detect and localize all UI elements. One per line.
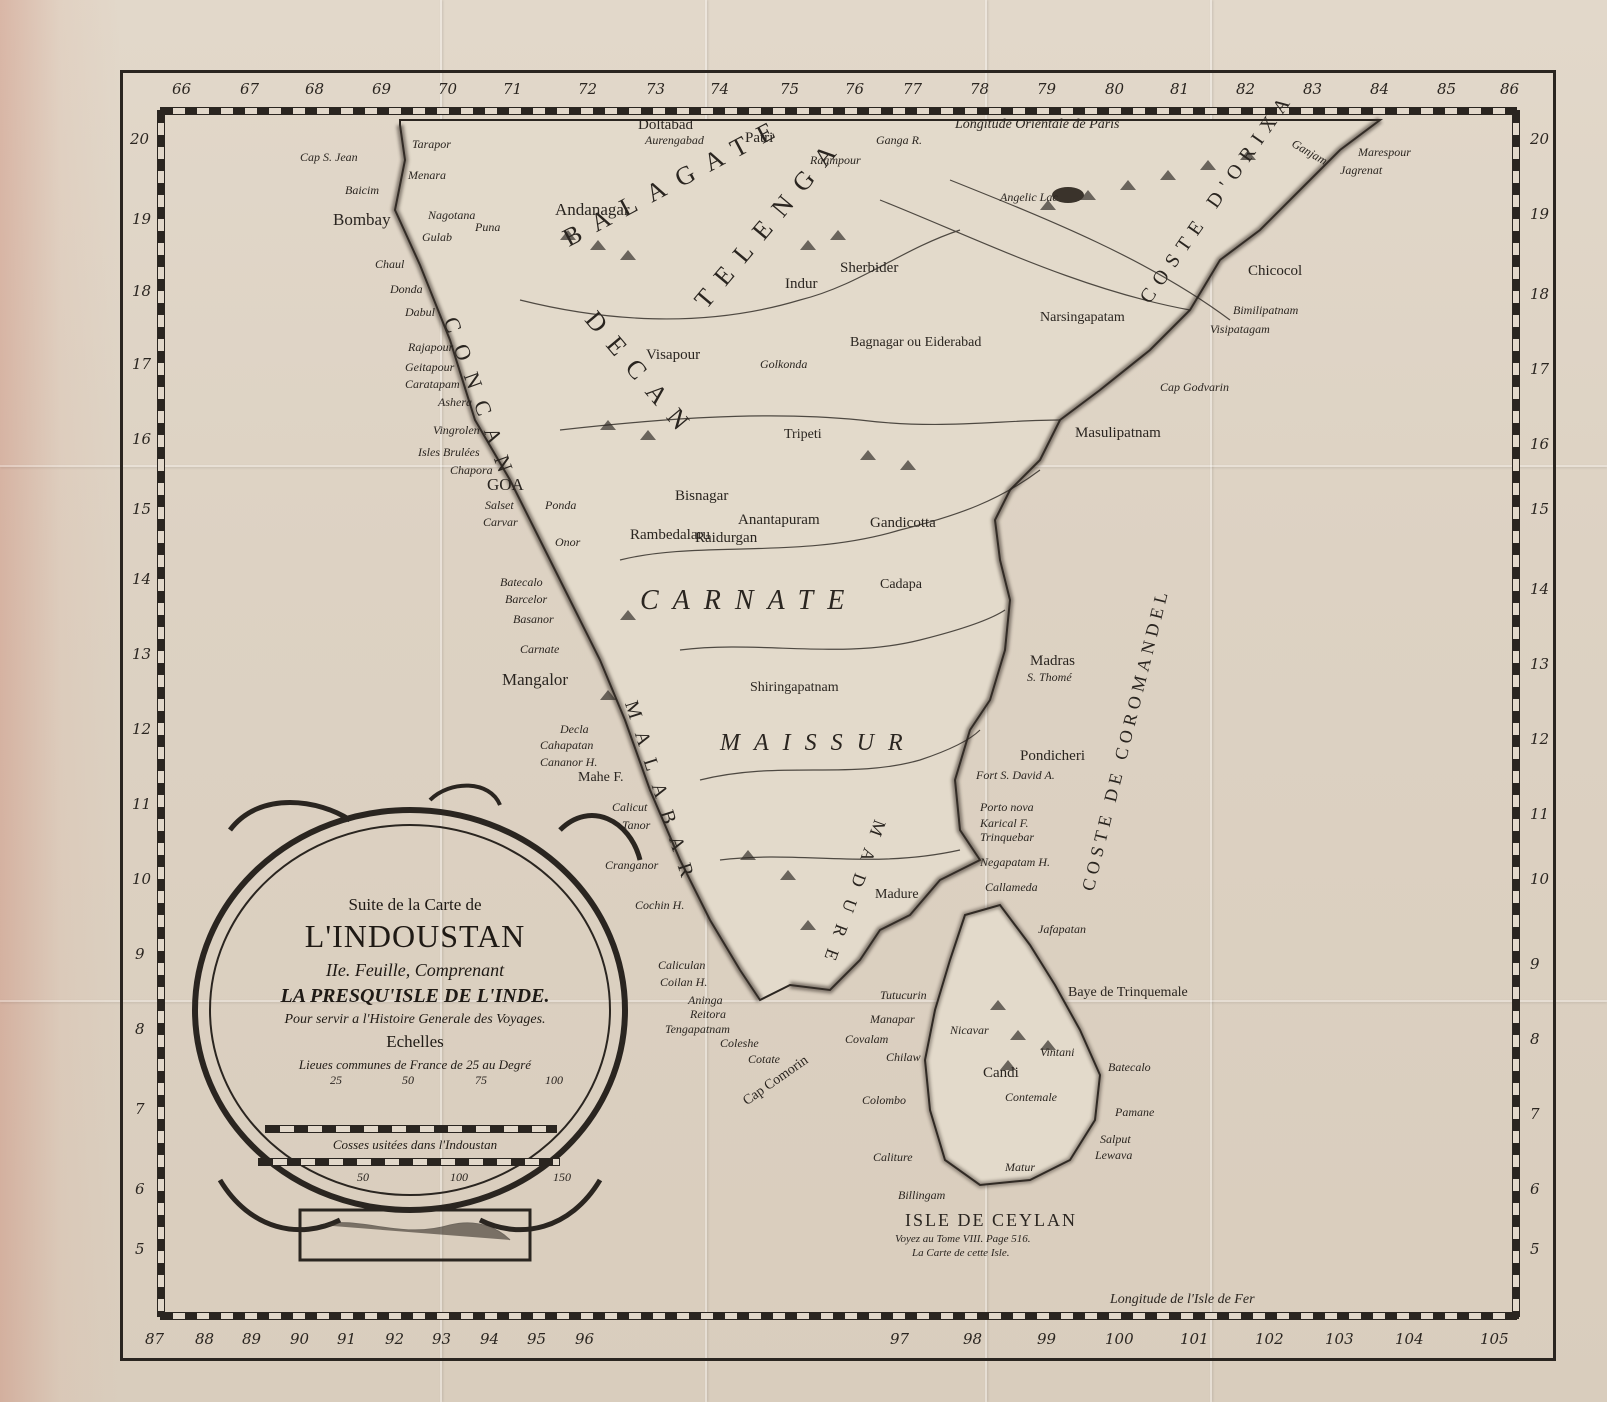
place-negapatam: Negapatam H. [980,855,1050,870]
place-bagnagar: Bagnagar ou Eiderabad [850,335,981,351]
place-barcelor: Barcelor [505,592,547,607]
place-andanagar: Andanagar [555,200,630,220]
place-nicavar: Nicavar [950,1023,989,1038]
scale-tick: 75 [475,1073,487,1088]
place-anantapuram: Anantapuram [738,512,820,529]
place-caliture: Caliture [873,1150,913,1165]
place-caratapam: Caratapam [405,377,460,392]
scale2-bar [258,1158,560,1166]
place-jafapatan: Jafapatan [1038,922,1086,937]
place-chaul: Chaul [375,257,404,272]
place-bimilipatnam: Bimilipatnam [1233,303,1298,318]
place-isles-brulees: Isles Brulées [418,445,480,460]
place-batecalo-west: Batecalo [500,575,543,590]
place-madure: Madure [875,887,919,903]
scale-tick: 100 [545,1073,563,1088]
place-dabul: Dabul [405,305,435,320]
place-vingrolen: Vingrolen [433,423,480,438]
place-contemale: Contemale [1005,1090,1057,1105]
place-madras: Madras [1030,653,1075,670]
place-trinquebar: Trinquebar [980,830,1034,845]
place-baye-trinquemale: Baye de Trinquemale [1068,985,1188,1001]
place-aurengabad: Aurengabad [645,133,704,148]
place-narsingapatam: Narsingapatam [1040,310,1125,326]
scale1-bar [265,1125,557,1133]
place-salput: Salput [1100,1132,1131,1147]
place-cahapatan: Cahapatan [540,738,593,753]
region-carnate: CARNATE [640,585,858,617]
place-matur: Matur [1005,1160,1035,1175]
place-cranganor: Cranganor [605,858,658,873]
place-gulab: Gulab [422,230,452,245]
place-golkonda: Golkonda [760,357,807,372]
place-bisnagar: Bisnagar [675,488,728,505]
place-bombay: Bombay [333,210,391,230]
scale-tick: 25 [330,1073,342,1088]
place-callameda: Callameda [985,880,1038,895]
place-puna: Puna [475,220,500,235]
place-ashera: Ashera [438,395,472,410]
place-calicut: Calicut [612,800,647,815]
place-vintani: Vintani [1040,1045,1074,1060]
place-menara: Menara [408,168,446,183]
place-fort-s-david: Fort S. David A. [976,768,1055,783]
place-mahe: Mahe F. [578,770,624,786]
place-cotate: Cotate [748,1052,780,1067]
place-candi: Candi [983,1065,1019,1082]
top-axis-title: Longitude Orientale de Paris [955,117,1120,133]
place-rajapour: Rajapour [408,340,453,355]
place-tarapor: Tarapor [412,137,451,152]
cartouche-line5: Pour servir a l'Histoire Generale des Vo… [205,1012,625,1028]
place-angelic-lac: Angelic Lac [1000,190,1058,205]
scale2-label: Cosses usitées dans l'Indoustan [205,1137,625,1153]
place-cochin: Cochin H. [635,898,684,913]
place-chilaw: Chilaw [886,1050,921,1065]
place-cap-godvarin: Cap Godvarin [1160,380,1229,395]
place-coilan: Coilan H. [660,975,707,990]
place-indur: Indur [785,276,818,293]
cartouche-line4: LA PRESQU'ISLE DE L'INDE. [205,985,625,1008]
ceylan-note1: Voyez au Tome VIII. Page 516. [895,1233,1031,1245]
place-pondicheri: Pondicheri [1020,748,1085,765]
place-colombo: Colombo [862,1093,906,1108]
scale-tick: 150 [553,1170,571,1185]
place-raampour: Raampour [810,153,861,168]
place-shiringapatnam: Shiringapatnam [750,680,839,696]
place-ponda: Ponda [545,498,576,513]
place-coleshe: Coleshe [720,1036,759,1051]
place-porto-nova: Porto nova [980,800,1034,815]
place-cap-s-jean: Cap S. Jean [300,150,358,165]
scale-tick: 100 [450,1170,468,1185]
place-s-thome: S. Thomé [1027,670,1072,685]
place-tanor: Tanor [622,818,650,833]
place-lewava: Lewava [1095,1148,1132,1163]
cartouche-title: L'INDOUSTAN [205,918,625,955]
place-visapour: Visapour [646,347,700,364]
place-doltabad: Doltabad [638,117,693,134]
place-geitapour: Geitapour [405,360,454,375]
place-jagrenat: Jagrenat [1340,163,1382,178]
place-tripeti: Tripeti [784,427,822,443]
region-maissur: MAISSUR [720,730,917,757]
place-donda: Donda [390,282,423,297]
place-carnate: Carnate [520,642,559,657]
place-pamane: Pamane [1115,1105,1154,1120]
place-karical: Karical F. [980,816,1028,831]
scale-tick: 50 [402,1073,414,1088]
place-carvar: Carvar [483,515,518,530]
place-covalam: Covalam [845,1032,888,1047]
place-sherbider: Sherbider [840,260,898,277]
place-reitora: Reitora [690,1007,726,1022]
map-drawing [0,0,1607,1402]
place-decla: Decla [560,722,589,737]
place-ganga-river: Ganga R. [876,133,922,148]
place-batecalo: Batecalo [1108,1060,1151,1075]
place-aninga: Aninga [688,993,723,1008]
place-chicocol: Chicocol [1248,263,1302,280]
cartouche-line3: IIe. Feuille, Comprenant [205,960,625,981]
place-cadapa: Cadapa [880,577,922,593]
place-salset: Salset [485,498,514,513]
place-masulipatnam: Masulipatnam [1075,425,1161,442]
place-marespour: Marespour [1358,145,1411,160]
place-billingam: Billingam [898,1188,945,1203]
place-tengapatnam: Tengapatnam [665,1022,730,1037]
scale1-label: Lieues communes de France de 25 au Degré [205,1057,625,1073]
place-onor: Onor [555,535,580,550]
place-mangalor: Mangalor [502,670,568,690]
place-patri: Patri [745,130,773,147]
place-gandicotta: Gandicotta [870,515,936,532]
ceylan-note2: La Carte de cette Isle. [912,1247,1009,1259]
place-rambedalaru: Rambedalaru [630,527,710,544]
region-ceylan: ISLE DE CEYLAN [905,1210,1077,1231]
place-tutucurin: Tutucurin [880,988,927,1003]
place-manapar: Manapar [870,1012,915,1027]
place-baicim: Baicim [345,183,379,198]
place-cananor: Cananor H. [540,755,597,770]
place-nagotana: Nagotana [428,208,475,223]
place-basanor: Basanor [513,612,554,627]
cartouche-line1: Suite de la Carte de [205,895,625,915]
place-caliculan: Caliculan [658,958,705,973]
bottom-axis-title: Longitude de l'Isle de Fer [1110,1292,1255,1308]
cartouche-echelles: Echelles [205,1032,625,1052]
scale-tick: 50 [357,1170,369,1185]
place-visipatagam: Visipatagam [1210,322,1270,337]
place-goa: GOA [487,475,524,495]
